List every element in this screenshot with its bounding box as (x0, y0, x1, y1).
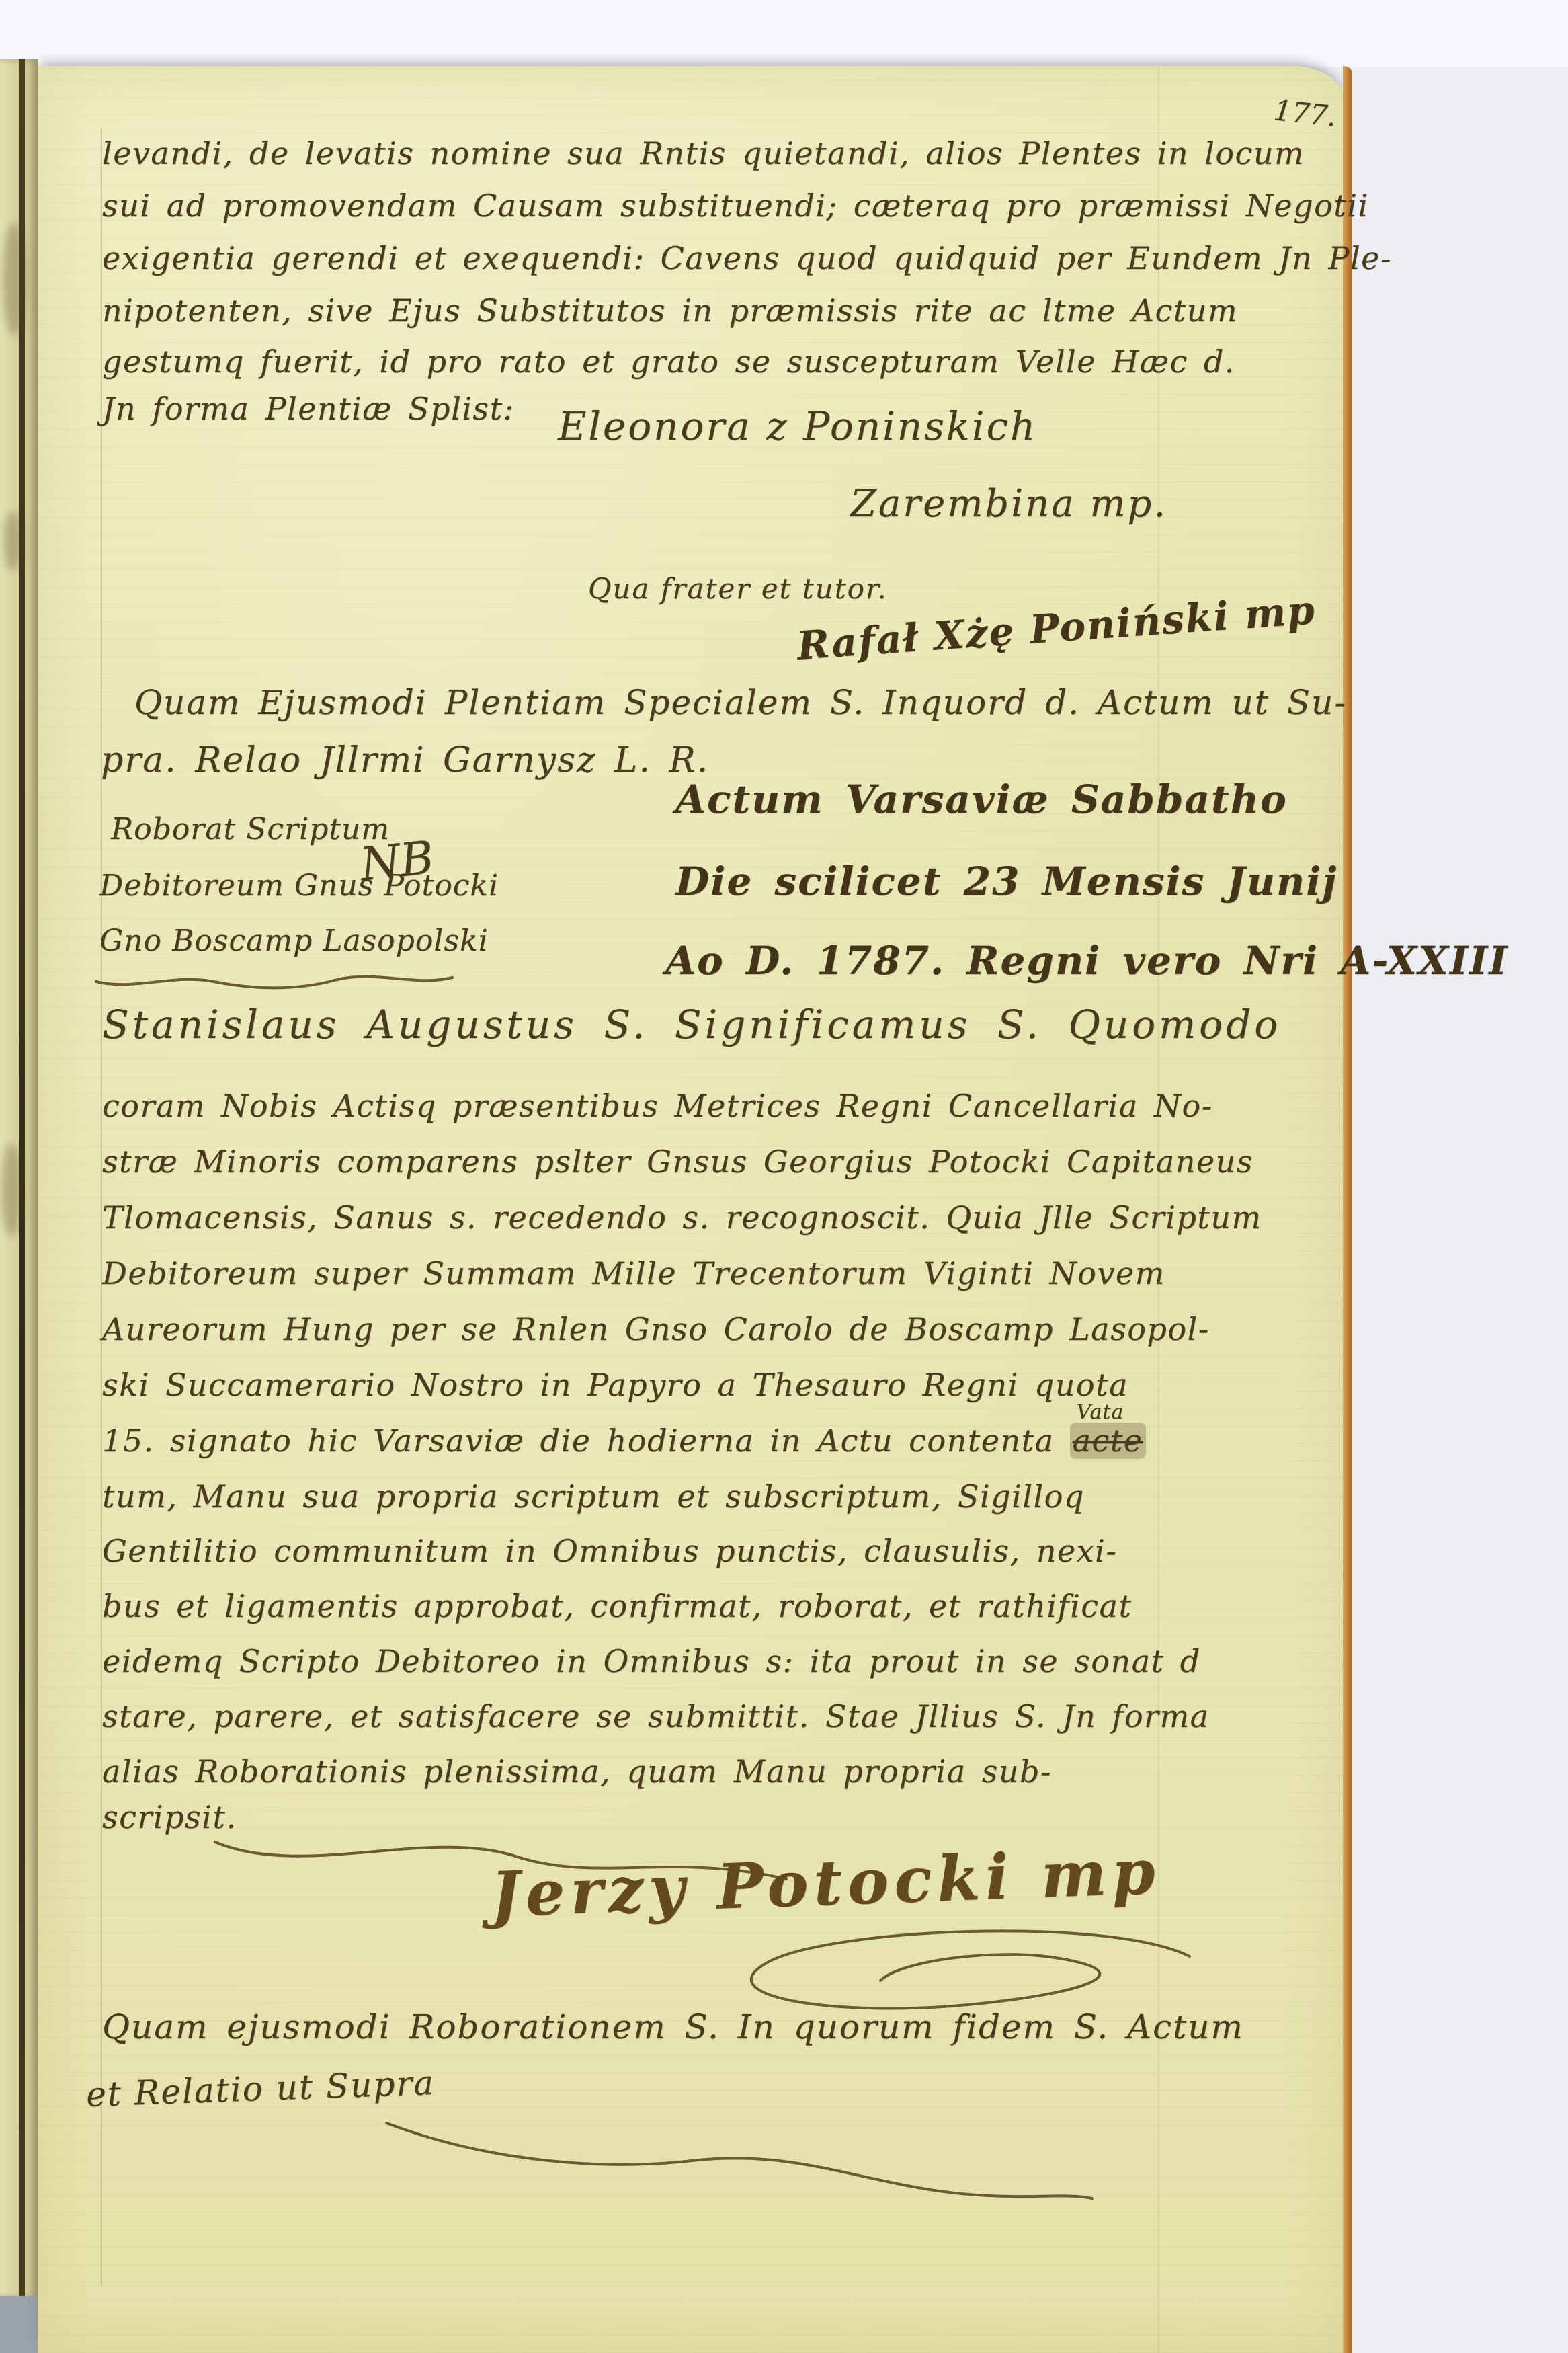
scanner-background-top (0, 0, 1568, 67)
margin-note-line-3: Gno Boscamp Lasopolski (99, 926, 489, 956)
notarial-mark: NB (358, 835, 436, 888)
ink-bleed-smudge (4, 511, 22, 571)
attestation-capacity: Qua frater et tutor. (588, 575, 888, 603)
body-line-4: Tlomacensis, Sanus s. recedendo s. recog… (102, 1202, 1262, 1233)
relation-line-1: Quam Ejusmodi Plentiam Specialem S. Inqu… (134, 686, 1347, 719)
body-line-14: alias Roborationis plenissima, quam Manu… (102, 1756, 1052, 1787)
ink-bleed-smudge (3, 222, 26, 336)
body-line-12: eidemq Scripto Debitoreo in Omnibus s: i… (102, 1646, 1201, 1677)
relation-line-2: pra. Relao Jllrmi Garnysz L. R. (101, 743, 709, 778)
manuscript-scan: 177. levandi, de levatis nomine sua Rnti… (0, 0, 1568, 2353)
closing-swash-flourish (376, 2096, 1102, 2210)
body-line-10: Gentilitio communitum in Omnibus punctis… (102, 1536, 1117, 1566)
body-line-3: stræ Minoris comparens pslter Gnsus Geor… (102, 1146, 1253, 1177)
signature-eleonora: Eleonora z Poninskich (558, 407, 1037, 446)
corrected-word: acteVata (1070, 1425, 1146, 1456)
margin-note-line-1: Roborat Scriptum (111, 815, 390, 844)
page-right-edge (1343, 66, 1352, 2353)
struck-word: acte (1070, 1423, 1146, 1459)
body-line-2: coram Nobis Actisq præsentibus Metrices … (102, 1090, 1213, 1121)
margin-note-line-2: Debitoreum Gnus Potocki (99, 871, 499, 901)
opening-line-6: Jn forma Plentiæ Splist: (102, 393, 515, 424)
datum-line-1: Actum Varsaviæ Sabbatho (675, 780, 1288, 819)
body-line-5: Debitoreum super Summam Mille Trecentoru… (102, 1258, 1165, 1289)
body-line-6: Aureorum Hung per se Rnlen Gnso Carolo d… (102, 1314, 1210, 1345)
opening-line-2: sui ad promovendam Causam substituendi; … (102, 190, 1369, 221)
body-line-7: ski Succamerario Nostro in Papyro a Thes… (102, 1369, 1128, 1400)
body-line-13: stare, parere, et satisfacere se submitt… (102, 1701, 1210, 1732)
opening-line-3: exigentia gerendi et exequendi: Cavens q… (102, 243, 1392, 274)
correction-superscript: Vata (1077, 1402, 1124, 1423)
opening-line-4: nipotenten, sive Ejus Substitutos in præ… (102, 295, 1238, 326)
signature-zarembina: Zarembina mp. (850, 485, 1167, 523)
opening-line-1: levandi, de levatis nomine sua Rntis qui… (102, 138, 1305, 169)
datum-line-3: Ao D. 1787. Regni vero Nri A-XXIII (665, 941, 1508, 980)
body-line-1: Stanislaus Augustus S. Significamus S. Q… (102, 1005, 1281, 1044)
page-number: 177. (1272, 96, 1337, 131)
scanner-bottom-left-bar (0, 2296, 38, 2353)
body-line-9: tum, Manu sua propria scriptum et subscr… (102, 1481, 1085, 1512)
closing-line-1: Quam ejusmodi Roborationem S. In quorum … (102, 2010, 1244, 2044)
body-line-8: 15. signato hic Varsaviæ die hodierna in… (102, 1425, 1146, 1456)
ink-bleed-smudge (1, 1143, 22, 1237)
opening-line-5: gestumq fuerit, id pro rato et grato se … (102, 346, 1235, 377)
body-line-11: bus et ligamentis approbat, confirmat, r… (102, 1591, 1132, 1622)
datum-line-2: Die scilicet 23 Mensis Junij (675, 862, 1337, 901)
margin-note-underline-flourish (93, 968, 469, 992)
body-line-8-text: 15. signato hic Varsaviæ die hodierna in… (102, 1423, 1070, 1459)
